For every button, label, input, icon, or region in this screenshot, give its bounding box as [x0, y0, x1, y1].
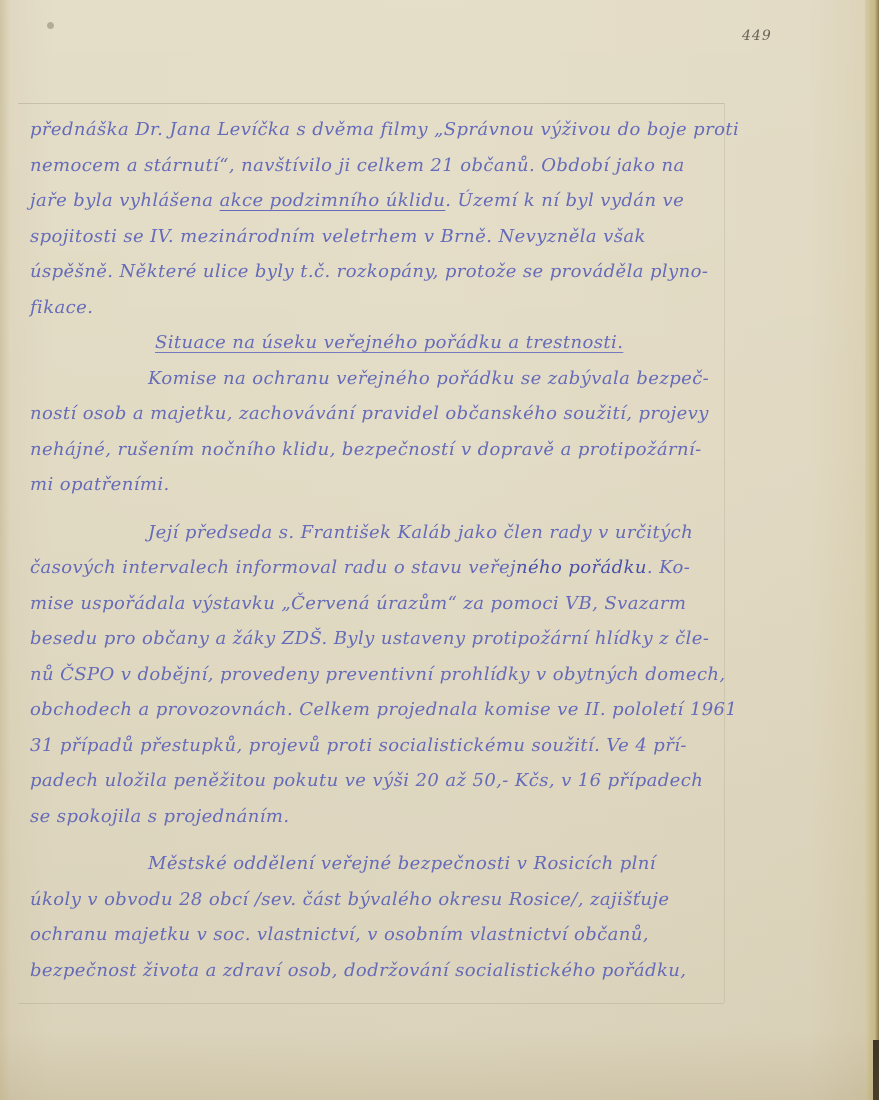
- text-line: Komise na ochranu veřejného pořádku se z…: [30, 361, 730, 397]
- text-line: 31 případů přestupků, projevů proti soci…: [30, 728, 730, 764]
- paragraph-gap: [30, 834, 730, 846]
- text-line: ochranu majetku v soc. vlastnictví, v os…: [30, 917, 730, 953]
- text-line: besedu pro občany a žáky ZDŠ. Byly ustav…: [30, 621, 730, 657]
- text-line: časových intervalech informoval radu o s…: [30, 550, 730, 586]
- text-fragment: . Území k ní byl vydán ve: [445, 190, 684, 211]
- text-line: ností osob a majetku, zachovávání pravid…: [30, 396, 730, 432]
- page-left-edge: [0, 0, 10, 1100]
- text-line: úspěšně. Některé ulice byly t.č. rozkopá…: [30, 254, 730, 290]
- text-fragment: časových intervalech informoval radu o s…: [30, 557, 516, 578]
- section-heading-text: Situace na úseku veřejného pořádku a tre…: [155, 332, 623, 353]
- text-line: přednáška Dr. Jana Levíčka s dvěma filmy…: [30, 112, 730, 148]
- underlined-phrase: akce podzimního úklidu: [220, 190, 446, 211]
- page-right-edge: [865, 0, 879, 1100]
- handwritten-text: přednáška Dr. Jana Levíčka s dvěma filmy…: [30, 112, 730, 988]
- text-line: mi opatřeními.: [30, 467, 730, 503]
- page-number: 449: [742, 28, 772, 44]
- ruled-frame-bottom: [18, 1003, 724, 1004]
- text-line: se spokojila s projednáním.: [30, 799, 730, 835]
- paragraph-gap: [30, 503, 730, 515]
- text-fragment: jaře byla vyhlášena: [30, 190, 213, 211]
- section-heading: Situace na úseku veřejného pořádku a tre…: [30, 325, 730, 361]
- text-line: nů ČSPO v dobějní, provedeny preventivní…: [30, 657, 730, 693]
- chronicle-page: 449 přednáška Dr. Jana Levíčka s dvěma f…: [0, 0, 879, 1100]
- text-line: nemocem a stárnutí“, navštívilo ji celke…: [30, 148, 730, 184]
- text-line: fikace.: [30, 290, 730, 326]
- paper-stain: [47, 22, 54, 29]
- text-line: úkoly v obvodu 28 obcí /sev. část bývalé…: [30, 882, 730, 918]
- text-line: bezpečnost života a zdraví osob, dodržov…: [30, 953, 730, 989]
- text-fragment: . Ko-: [647, 557, 690, 578]
- text-line: mise uspořádala výstavku „Červená úrazům…: [30, 586, 730, 622]
- ruled-frame-top: [18, 103, 724, 104]
- emphasized-phrase: ného pořádku: [516, 557, 647, 578]
- text-line: Městské oddělení veřejné bezpečnosti v R…: [30, 846, 730, 882]
- text-line: obchodech a provozovnách. Celkem projedn…: [30, 692, 730, 728]
- text-line: jaře byla vyhlášena akce podzimního úkli…: [30, 183, 730, 219]
- text-line: nehájné, rušením nočního klidu, bezpečno…: [30, 432, 730, 468]
- text-line: spojitosti se IV. mezinárodním veletrhem…: [30, 219, 730, 255]
- text-line: Její předseda s. František Kaláb jako čl…: [30, 515, 730, 551]
- text-line: padech uložila peněžitou pokutu ve výši …: [30, 763, 730, 799]
- page-bottom-shade: [0, 1030, 879, 1100]
